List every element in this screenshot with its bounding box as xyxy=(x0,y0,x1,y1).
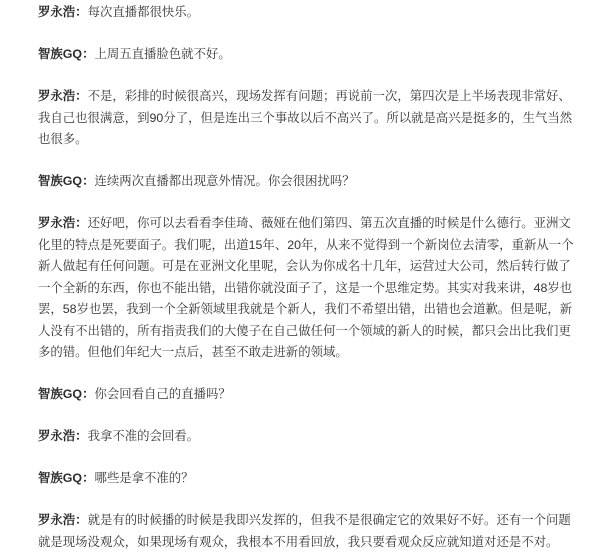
dialogue-text: 每次直播都很快乐。 xyxy=(88,5,200,19)
speaker-label: 智族GQ： xyxy=(38,47,94,61)
dialogue-entry: 智族GQ：哪些是拿不准的？ xyxy=(38,468,575,490)
dialogue-entry: 罗永浩：我拿不准的会回看。 xyxy=(38,426,575,448)
speaker-colon: ： xyxy=(82,387,94,401)
speaker-name: 罗永浩 xyxy=(38,89,75,103)
speaker-colon: ： xyxy=(75,89,87,103)
speaker-name: 智族GQ xyxy=(38,174,82,188)
speaker-name: 智族GQ xyxy=(38,471,82,485)
dialogue-entry: 罗永浩：不是，彩排的时候很高兴，现场发挥有问题；再说前一次，第四次是上半场表现非… xyxy=(38,86,575,151)
speaker-colon: ： xyxy=(82,471,94,485)
dialogue-text: 不是，彩排的时候很高兴，现场发挥有问题；再说前一次，第四次是上半场表现非常好、我… xyxy=(38,89,572,146)
speaker-name: 罗永浩 xyxy=(38,216,75,230)
speaker-name: 智族GQ xyxy=(38,387,82,401)
speaker-label: 智族GQ： xyxy=(38,174,94,188)
speaker-name: 罗永浩 xyxy=(38,429,75,443)
dialogue-text: 连续两次直播都出现意外情况。你会很困扰吗？ xyxy=(94,174,354,188)
speaker-label: 罗永浩： xyxy=(38,429,88,443)
dialogue-text: 上周五直播脸色就不好。 xyxy=(94,47,230,61)
speaker-name: 罗永浩 xyxy=(38,5,75,19)
speaker-label: 智族GQ： xyxy=(38,387,94,401)
speaker-colon: ： xyxy=(82,47,94,61)
speaker-colon: ： xyxy=(75,513,87,527)
interview-transcript: 罗永浩：每次直播都很快乐。 智族GQ：上周五直播脸色就不好。 罗永浩：不是，彩排… xyxy=(0,0,600,556)
dialogue-text: 就是有的时候播的时候是我即兴发挥的，但我不是很确定它的效果好不好。还有一个问题就… xyxy=(38,513,571,549)
speaker-label: 罗永浩： xyxy=(38,5,88,19)
dialogue-entry: 罗永浩：每次直播都很快乐。 xyxy=(38,2,575,24)
dialogue-entry: 智族GQ：上周五直播脸色就不好。 xyxy=(38,44,575,66)
dialogue-text: 我拿不准的会回看。 xyxy=(88,429,200,443)
speaker-colon: ： xyxy=(82,174,94,188)
dialogue-entry: 罗永浩：就是有的时候播的时候是我即兴发挥的，但我不是很确定它的效果好不好。还有一… xyxy=(38,510,575,553)
speaker-colon: ： xyxy=(75,5,87,19)
speaker-label: 罗永浩： xyxy=(38,513,88,527)
speaker-label: 罗永浩： xyxy=(38,216,88,230)
speaker-label: 罗永浩： xyxy=(38,89,88,103)
dialogue-text: 哪些是拿不准的？ xyxy=(94,471,193,485)
dialogue-text: 还好吧，你可以去看看李佳琦、薇娅在他们第四、第五次直播的时候是什么德行。亚洲文化… xyxy=(38,216,574,359)
speaker-colon: ： xyxy=(75,429,87,443)
speaker-name: 智族GQ xyxy=(38,47,82,61)
dialogue-entry: 智族GQ：你会回看自己的直播吗？ xyxy=(38,384,575,406)
speaker-label: 智族GQ： xyxy=(38,471,94,485)
speaker-name: 罗永浩 xyxy=(38,513,75,527)
dialogue-text: 你会回看自己的直播吗？ xyxy=(94,387,230,401)
speaker-colon: ： xyxy=(75,216,87,230)
dialogue-entry: 智族GQ：连续两次直播都出现意外情况。你会很困扰吗？ xyxy=(38,171,575,193)
dialogue-entry: 罗永浩：还好吧，你可以去看看李佳琦、薇娅在他们第四、第五次直播的时候是什么德行。… xyxy=(38,213,575,364)
